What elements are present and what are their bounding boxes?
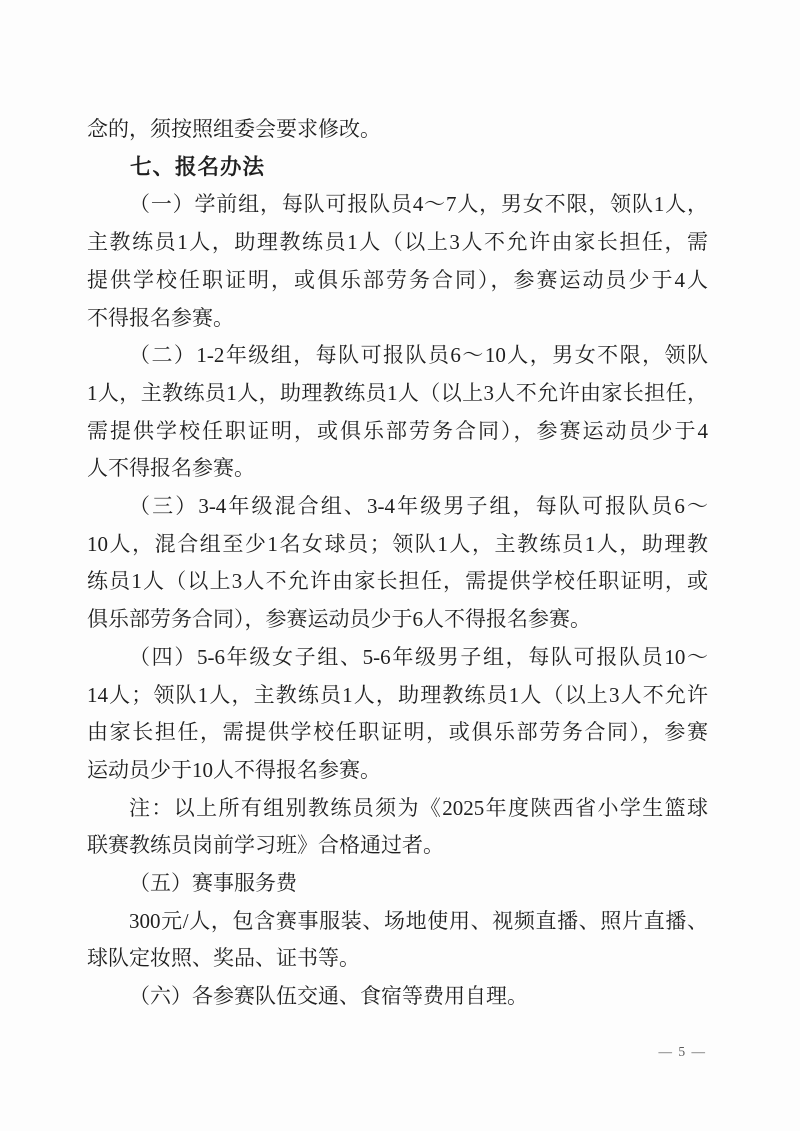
text-line: （四）5-6年级女子组、5-6年级男子组，每队可报队员10～	[87, 639, 708, 677]
text-line: （二）1-2年级组，每队可报队员6～10人，男女不限，领队	[87, 337, 708, 375]
document-page: 念的，须按照组委会要求修改。七、报名办法（一）学前组，每队可报队员4～7人，男女…	[0, 0, 800, 1131]
text-line: （六）各参赛队伍交通、食宿等费用自理。	[87, 978, 708, 1016]
text-line: 球队定妆照、奖品、证书等。	[87, 940, 708, 978]
paragraph: （五）赛事服务费	[87, 865, 708, 903]
text-line: 人不得报名参赛。	[87, 450, 708, 488]
section-heading: 七、报名办法	[87, 149, 708, 187]
text-line: 300元/人，包含赛事服装、场地使用、视频直播、照片直播、	[87, 903, 708, 941]
text-line: 运动员少于10人不得报名参赛。	[87, 752, 708, 790]
paragraph: （一）学前组，每队可报队员4～7人，男女不限，领队1人，主教练员1人，助理教练员…	[87, 186, 708, 337]
text-line: 提供学校任职证明，或俱乐部劳务合同），参赛运动员少于4人	[87, 262, 708, 300]
paragraph: 念的，须按照组委会要求修改。	[87, 111, 708, 149]
paragraph: 300元/人，包含赛事服装、场地使用、视频直播、照片直播、球队定妆照、奖品、证书…	[87, 903, 708, 978]
document-body: 念的，须按照组委会要求修改。七、报名办法（一）学前组，每队可报队员4～7人，男女…	[87, 111, 708, 1016]
text-line: 主教练员1人，助理教练员1人（以上3人不允许由家长担任，需	[87, 224, 708, 262]
paragraph: （二）1-2年级组，每队可报队员6～10人，男女不限，领队1人，主教练员1人，助…	[87, 337, 708, 488]
text-line: 俱乐部劳务合同），参赛运动员少于6人不得报名参赛。	[87, 601, 708, 639]
text-line: 练员1人（以上3人不允许由家长担任，需提供学校任职证明，或	[87, 563, 708, 601]
text-line: 七、报名办法	[87, 149, 708, 187]
text-line: （五）赛事服务费	[87, 865, 708, 903]
paragraph: 注：以上所有组别教练员须为《2025年度陕西省小学生篮球联赛教练员岗前学习班》合…	[87, 790, 708, 865]
text-line: 联赛教练员岗前学习班》合格通过者。	[87, 827, 708, 865]
text-line: （一）学前组，每队可报队员4～7人，男女不限，领队1人，	[87, 186, 708, 224]
text-line: 1人，主教练员1人，助理教练员1人（以上3人不允许由家长担任，	[87, 375, 708, 413]
text-line: 需提供学校任职证明，或俱乐部劳务合同），参赛运动员少于4	[87, 413, 708, 451]
text-line: 14人；领队1人，主教练员1人，助理教练员1人（以上3人不允许	[87, 677, 708, 715]
page-number: — 5 —	[625, 1044, 740, 1060]
text-line: 由家长担任，需提供学校任职证明，或俱乐部劳务合同），参赛	[87, 714, 708, 752]
text-line: 10人，混合组至少1名女球员；领队1人，主教练员1人，助理教	[87, 526, 708, 564]
text-line: 注：以上所有组别教练员须为《2025年度陕西省小学生篮球	[87, 790, 708, 828]
paragraph: （三）3-4年级混合组、3-4年级男子组，每队可报队员6～10人，混合组至少1名…	[87, 488, 708, 639]
paragraph: （四）5-6年级女子组、5-6年级男子组，每队可报队员10～14人；领队1人，主…	[87, 639, 708, 790]
text-line: 不得报名参赛。	[87, 300, 708, 338]
paragraph: （六）各参赛队伍交通、食宿等费用自理。	[87, 978, 708, 1016]
text-line: （三）3-4年级混合组、3-4年级男子组，每队可报队员6～	[87, 488, 708, 526]
text-line: 念的，须按照组委会要求修改。	[87, 111, 708, 149]
